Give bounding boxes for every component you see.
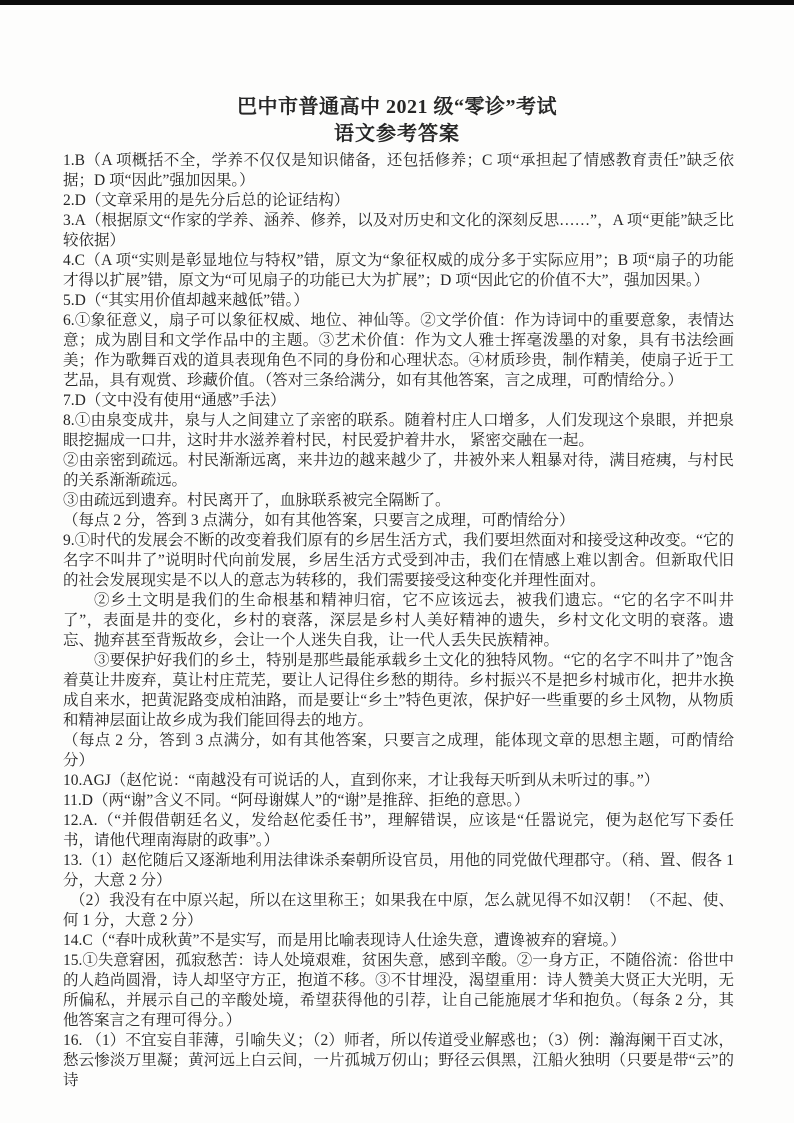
answer-paragraph: 7.D（文中没有使用“通感”手法）: [63, 391, 734, 411]
answer-paragraph: 15.①失意窘困，孤寂愁苦：诗人处境艰难，贫困失意，感到辛酸。②一身方正，不随俗…: [63, 951, 734, 1031]
answer-key-title: 语文参考答案: [0, 121, 794, 148]
answer-paragraph: ②乡土文明是我们的生命根基和精神归宿，它不应该远去，被我们遗忘。“它的名字不叫井…: [63, 591, 734, 651]
answer-paragraph: 2.D（文章采用的是先分后总的论证结构）: [63, 191, 734, 211]
answer-paragraph: 13.（1）赵佗随后又逐渐地利用法律诛杀秦朝所设官员，用他的同党做代理郡守。（稍…: [63, 851, 734, 891]
answer-paragraph: 5.D（“其实用价值却越来越低”错。）: [63, 291, 734, 311]
answer-paragraph: ③要保护好我们的乡土，特别是那些最能承载乡土文化的独特风物。“它的名字不叫井了”…: [63, 651, 734, 731]
answer-paragraph: 16. （1）不宜妄自菲薄，引喻失义；（2）师者，所以传道受业解惑也；（3）例：…: [63, 1031, 734, 1091]
answers-list: 1.B（A 项概括不全，学养不仅仅是知识储备，还包括修养；C 项“承担起了情感教…: [0, 151, 794, 1091]
answer-paragraph: 4.C（A 项“实则是彰显地位与特权”错，原文为“象征权威的成分多于实际应用”；…: [63, 251, 734, 291]
answer-paragraph: 6.①象征意义，扇子可以象征权威、地位、神仙等。②文学价值：作为诗词中的重要意象…: [63, 311, 734, 391]
answer-paragraph: 10.AGJ（赵佗说：“南越没有可说话的人，直到你来，才让我每天听到从未听过的事…: [63, 771, 734, 791]
answer-paragraph: ③由疏远到遗弃。村民离开了，血脉联系被完全隔断了。: [63, 491, 734, 511]
answer-paragraph: （每点 2 分，答到 3 点满分，如有其他答案，只要言之成理，能体现文章的思想主…: [63, 731, 734, 771]
answer-paragraph: ②由亲密到疏远。村民渐渐远离，来井边的越来越少了，井被外来人粗暴对待，满目疮痍，…: [63, 451, 734, 491]
answer-paragraph: 3.A（根据原文“作家的学养、涵养、修养，以及对历史和文化的深刻反思……”，A …: [63, 211, 734, 251]
answer-paragraph: 1.B（A 项概括不全，学养不仅仅是知识储备，还包括修养；C 项“承担起了情感教…: [63, 151, 734, 191]
answer-paragraph: 14.C（“春叶成秋黄”不是实写，而是用比喻表现诗人仕途失意，遭谗被弃的窘境。）: [63, 931, 734, 951]
answer-paragraph: 11.D（两“谢”含义不同。“阿母谢媒人”的“谢”是推辞、拒绝的意思。）: [63, 791, 734, 811]
answer-paragraph: （每点 2 分，答到 3 点满分，如有其他答案，只要言之成理，可酌情给分）: [63, 511, 734, 531]
answer-paragraph: 9.①时代的发展会不断的改变着我们原有的乡居生活方式，我们要坦然面对和接受这种改…: [63, 531, 734, 591]
answer-paragraph: （2）我没有在中原兴起，所以在这里称王；如果我在中原，怎么就见得不如汉朝！（不起…: [63, 891, 734, 931]
answer-paragraph: 8.①由泉变成井，泉与人之间建立了亲密的联系。随着村庄人口增多，人们发现这个泉眼…: [63, 411, 734, 451]
scan-edge-bar: [0, 0, 794, 5]
document-page: 巴中市普通高中 2021 级“零诊”考试 语文参考答案 1.B（A 项概括不全，…: [0, 0, 794, 1123]
exam-title: 巴中市普通高中 2021 级“零诊”考试: [0, 93, 794, 121]
answer-paragraph: 12.A.（“并假借朝廷名义，发给赵佗委任书”，理解错误，应该是“任嚣说完，便为…: [63, 811, 734, 851]
